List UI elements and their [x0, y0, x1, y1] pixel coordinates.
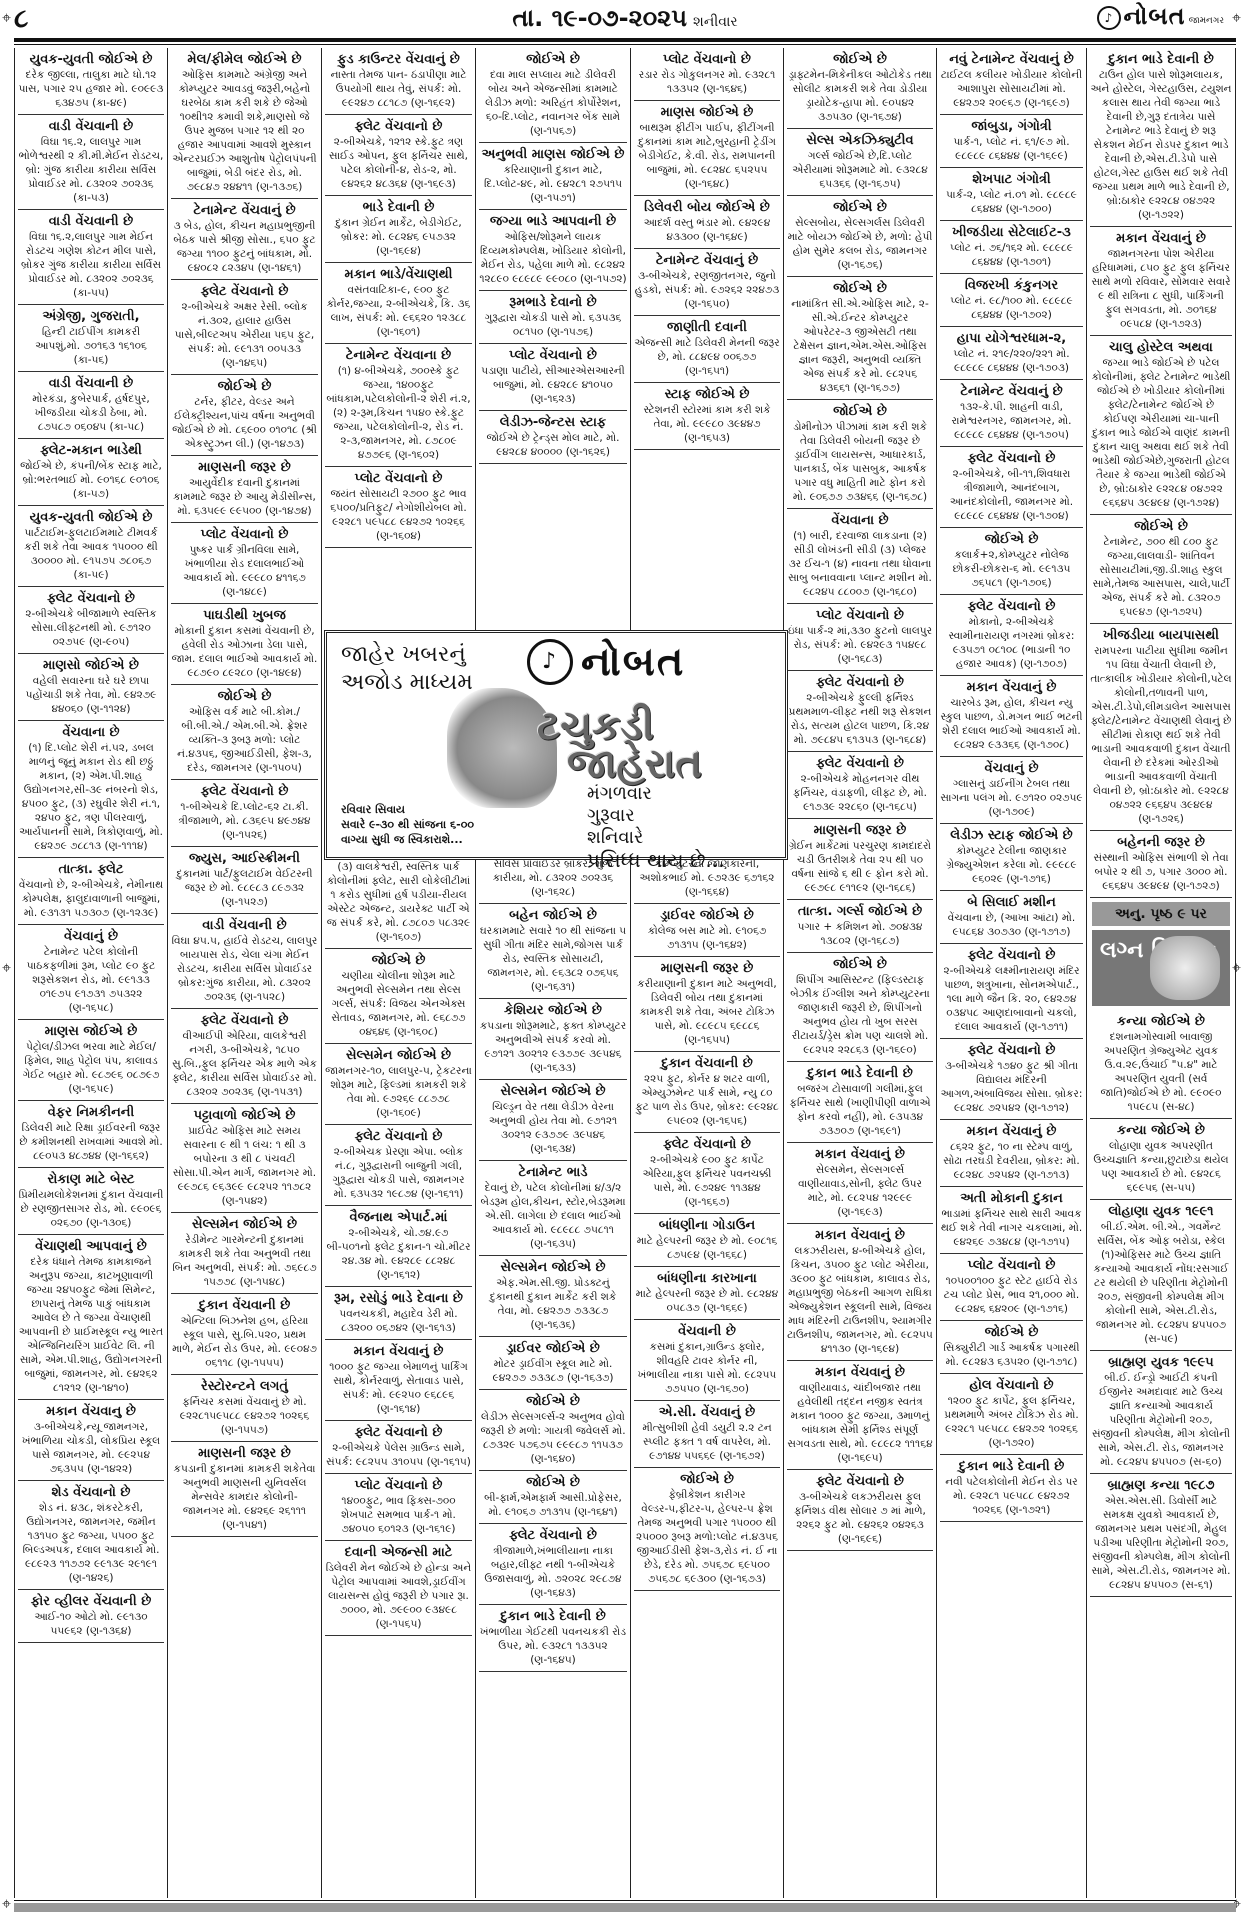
classified-ad: બ્રાહ્મણ કન્યા ૧૯૮૭એસ.એસ.સી. ડિવોર્સી મા… [1090, 1474, 1232, 1597]
ad-body: ત્રીજામાળે,ખંભાલીયાના નાકા બહાર,લીફ્ટ નથ… [479, 1544, 627, 1600]
classified-ad: સેલ્સમેન જોઈએ છેચિલ્ડ્રન વેર તથા લેડીઝ વ… [479, 1080, 627, 1161]
ad-title: ફ્લેટ વેંચવાનો છે [787, 755, 933, 772]
ad-body: પાર્ક-૨, પ્લોટ નં.૦૧ મો. ૯૮૯૮૯ ૮૬૪૪૪ (ણ-… [940, 188, 1083, 216]
classified-ad: માણસની જરૂર છેગ્રેઈન માર્કેટમાં પરચુરણ ક… [787, 819, 933, 900]
classified-ad: બાંધણીના ગોડાઉનમાટે હેલ્પરની જરૂર છે મો.… [634, 1214, 780, 1267]
page-header: ⌖ ૮ તા. ૧૯-૦૭-૨૦૨૫શનીવાર ♪ નોબત જામનગર ⌖ [0, 0, 1250, 40]
ad-title: બહેનની જરૂર છે [1090, 834, 1232, 851]
ad-title: ફ્લેટ વેંચવાનો છે [171, 283, 318, 300]
ad-body: ફેબ્રીકેશન કારીગર વેલ્ડર-૫,ફીટર-૫, હેલ્પ… [634, 1488, 780, 1586]
ad-body: પેટ્રોલ/ડીઝલ ભરવા માટે મેઈલ/ફિમેલ, શાહ પ… [18, 1040, 164, 1096]
ad-body: ૩-બીએચકે, રણજીતનગર, જુનો હુડકો, સંપર્ક: … [634, 269, 780, 311]
ad-title: બાંધણીના કારખાના [634, 1270, 780, 1287]
ad-body: રેડીમેન્ટ ગારમેન્ટની દુકાનમાં કામકરી શકે… [171, 1233, 318, 1289]
classified-ad: ફ્લેટ વેંચવાનો છે૨-બીએચકે પેલેસ ગ્રાઉન્ડ… [325, 1421, 472, 1474]
ad-title: જોઈએ છે [787, 403, 933, 420]
ad-title: વેંચાણથી આપવાનું છે [18, 1238, 164, 1255]
classified-ad: ચાલુ હોસ્ટેલ અથવાજગ્યા ભાડે જોઈએ છે પટેલ… [1090, 336, 1232, 515]
ad-body: ૨૨૫ ફુટ, કોર્નર ૪ શટર વાળી, એમ્યુઝમેન્ટ … [634, 1072, 780, 1128]
ad-body: ઓફિસ/શોરૂમને લાયક દિવ્યમકોમ્પલેક્ષ, ખોડિ… [479, 230, 627, 286]
ad-title: ફ્લેટ વેંચવાનો છે [171, 1012, 318, 1029]
ad-title: હાપા યોગેશ્વરધામ-૨, [940, 330, 1083, 347]
header-rule-thin [14, 44, 1236, 45]
ad-title: મકાન વેંચવાનું છે [787, 1364, 933, 1381]
ad-title: ફ્લેટ વેંચવાનો છે [325, 1128, 472, 1145]
ad-title: શેખપાટ ગંગોત્રી [940, 171, 1083, 188]
ad-title: મકાન ભાડે/વેંચાણથી [325, 266, 472, 283]
classified-ad: પ્લોટ વેંચવાનો છેપડાણા પાટીયે, સીઆરએસઆરન… [479, 344, 627, 411]
classified-ad: વેંચવાનું છેગ્લાસનું ડાઈનીંગ ટેબલ તથા સા… [940, 757, 1083, 824]
ad-title: વિજરખી કંકુનગર [940, 277, 1083, 294]
ad-title: જોઈએ છે [634, 1471, 780, 1488]
classified-ad: વિજરખી કંકુનગરપ્લોટ નં. ૯૮/૧૦૦ મો. ૯૮૯૮૯… [940, 274, 1083, 327]
classified-ad: બ્રાહ્મણ યુવક ૧૯૯૫બી.ઈ. ઈન્ડ્રો આઈટી કંપ… [1090, 1351, 1232, 1474]
ad-body: ૨-બીએચકે મોહનનગર વીથ ફર્નિચર, વંડાફળી, લ… [787, 772, 933, 814]
ad-title: જ્યુસ, આઈસ્ક્રીમની [171, 850, 318, 867]
ad-title: પ્લોટ વેંચવાનો છે [634, 51, 780, 68]
ad-title: રૂમ, રસોડું ભાડે દેવાના છે [325, 1290, 472, 1307]
ad-title: રોકાણ માટે બેસ્ટ [18, 1171, 164, 1188]
column-4: જોઈએ છેદવા માલ સપ્લાય માટે ડીલેવરી બોય અ… [475, 48, 630, 1898]
ad-body: ૨-બીએચકે, બી-૧૧,શિવધારા ત્રીજામાળે, આનંદ… [940, 467, 1083, 523]
logo-city: જામનગર [1189, 16, 1224, 26]
date-text: તા. ૧૯-૦૭-૨૦૨૫ [512, 4, 687, 32]
ad-body: પાર્ટટાઈમ-ફુલટાઈમમાટે ટીમવર્ક કરી શકે તે… [18, 526, 164, 582]
ad-body: મીત્સુબીશી હેવી ડયુટી ૨.૨ ટન સ્પ્લીટ ફક્… [634, 1421, 780, 1463]
ad-body: ચિલ્ડ્રન વેર તથા લેડીઝ વેરના અનુભવી હોય … [479, 1100, 627, 1156]
ad-body: કપડાની દુકાનમાં કામકરી શકેતેવા અનુભવી મા… [171, 1462, 318, 1532]
ad-body: પ્લોટ નં. ૯૮/૧૦૦ મો. ૯૮૯૮૯ ૮૬૪૪૪ (ણ-૧૭૦૨… [940, 294, 1083, 322]
classified-ad: ભાડે દેવાની છેદુકાન ગ્રેઈન માર્કેટ, બેડી… [325, 196, 472, 263]
classified-ad: જાંબુડા, ગંગોત્રીપાર્ક-૧, પ્લોટ નં. ૬૧/૯… [940, 115, 1083, 168]
classified-ad: જ્યુસ, આઈસ્ક્રીમનીદુકાનમાં પાર્ટ/ફુલટાઈમ… [171, 847, 318, 914]
promo-logo-text: નોબત [581, 639, 685, 685]
ad-title: માણસ જોઈએ છે [634, 104, 780, 121]
ad-body: કોલેજ બસ માટે મો. ૯૧૦૬૭ ૭૧૩૧૫ (ણ-૧૬૪૨) [634, 924, 780, 952]
ad-body: સેલ્સબોય, સેલ્સગર્લસ ડિલેવરી માટે બોયઝ જ… [787, 216, 933, 272]
ad-body: દશનામગોસ્વામી બાવાજી અપરણિત ગ્રેજ્યુએટ ય… [1090, 1030, 1232, 1114]
classified-ad: દુકાન ભાડે દેવાની છેનવી પટેલકોલોની મેઈન … [940, 1455, 1083, 1522]
classified-ad: મકાન વેંચવાનું છેજામનગરના પોશ એરીયા હરિધ… [1090, 227, 1232, 336]
ad-title: મેલ/ફીમેલ જોઈએ છે [171, 51, 318, 68]
ad-body: કરિયાણાની દુકાન માટે, દિ.પ્લોટ-૪૯, મો. ૯… [479, 163, 627, 205]
ad-body: જોઈએ છે, કંપની/બેંક સ્ટાફ માટે, બ્રો:ભરત… [18, 459, 164, 501]
classified-ad: પ્લોટ વેંચવાનો છે૧૦૫૦૦૧૦૦ ફુટ સ્ટેટ હાઈવ… [940, 1254, 1083, 1321]
ad-body: (૧) ૪-બીએચકે, ૭૦૦સ્કે ફુટ જગ્યા, ૧૪૦૦ફુટ… [325, 364, 472, 462]
ad-title: ફ્લેટ વેંચવાનો છે [325, 118, 472, 135]
classified-ad: માણસો જોઈએ છેવહેલી સવારના ઘરે ઘરે છાપા પ… [18, 654, 164, 721]
ad-title: વેંચવાની છે [634, 1323, 780, 1340]
ad-title: વેંચવાના છે [18, 724, 164, 741]
classified-ad: ફ્લેટ વેંચવાનો છે૧-બીએચકે દિ.પ્લોટ-૬૨ ટા… [171, 780, 318, 847]
ad-title: વેંચવાના છે [787, 512, 933, 529]
ad-body: દરેક જીલ્લા, તાલુકા માટે ધો.૧૨ પાસ, પગાર… [18, 68, 164, 110]
ad-title: ટેનામેન્ટ વેંચવાના છે [325, 347, 472, 364]
ad-title: તાત્કા. ફ્લેટ [18, 861, 164, 878]
promo-tagline-line-2: અજોડ માધ્યમ [341, 669, 473, 697]
ad-body: ૨-બીએચકે બીજામાળે સ્વસ્તિક સોસા.લીફ્ટનથી… [18, 607, 164, 649]
ad-title: ટેનામેન્ટ વેંચવાનું છે [634, 252, 780, 269]
classified-ad: પ્લોટ વેંચવાનો છેજયંત સોસાયટી ૨૭૦૦ ફુટ ભ… [325, 467, 472, 548]
ad-title: ટેનામેન્ટ વેંચવાનું છે [171, 202, 318, 219]
classified-ad: ફ્લેટ વેંચવાનો છે૨-બીએચકે ફુલ્લી ફર્નિશ્… [787, 671, 933, 752]
ad-body: પાર્ક-૧, પ્લોટ નં. ૬૧/૯૭ મો. ૯૮૯૮૯ ૮૬૪૪૪… [940, 135, 1083, 163]
promo-title-2: જાહેરાત [567, 741, 702, 787]
classified-ad: દુકાન ભાડે દેવાની છેટાઉન હોલ પાસે શોરૂમલ… [1090, 48, 1232, 227]
ad-body: નામાંકિત સી.એ.ઓફિસ માટે, ૨-સી.એ.ઈન્ટર કો… [787, 297, 933, 395]
classified-ad: જોઈએ છેસિક્યુરીટી ગાર્ડ આકર્ષક પગારથી મો… [940, 1321, 1083, 1374]
classified-ad: કેશિયર જોઈએ છેકપડાના શોરૂમમાટે, ફક્ત કોમ… [479, 999, 627, 1080]
ad-body: પવનચકકી, મહાદેવ ડેરી મો. ૮૩૨૦૦ ૦૬૭૪૨ (ણ-… [325, 1307, 472, 1335]
ad-title: જોઈએ છે [479, 51, 627, 68]
promo-days: મંગળવાર ગુરૂવાર શનિવારે પ્રસિધ્ધ થાય છે.… [587, 783, 725, 871]
ad-body: ભાડામાં ફર્નિચર સાથે સારી આવક થઈ શકે તેવ… [940, 1207, 1083, 1249]
ad-body: વસંતવાટિકા-૯, ૯૦૦ ફુટ કોર્નર,જગ્યા, ૨-બી… [325, 283, 472, 339]
column-2: મેલ/ફીમેલ જોઈએ છેઓફિસ કામમાટે અંગ્રેજી અ… [167, 48, 321, 1898]
ad-title: માણસની જરૂર છે [171, 1445, 318, 1462]
ad-title: ખીજડીયા બાયપાસથી [1090, 627, 1232, 644]
newspaper-logo: ♪ નોબત જામનગર [1097, 2, 1225, 30]
ad-title: વેંચવાનું છે [940, 760, 1083, 777]
ad-title: યુવક-યુવતી જોઈએ છે [18, 509, 164, 526]
ad-body: ફર્નિચર કસમાં વેંચવાનું છે મો. ૯૨૨૮૧૫૯૫૮… [171, 1395, 318, 1437]
column-1: યુવક-યુવતી જોઈએ છેદરેક જીલ્લા, તાલુકા મા… [14, 48, 167, 1898]
classified-ad: ફ્લેટ વેંચવાનો છે૩-બીએચકે લકઝરીયસ ફુલ ફર… [787, 1470, 933, 1551]
classified-ad: ફ્લેટ-મકાન ભાડેથીજોઈએ છે, કંપની/બેંક સ્ટ… [18, 439, 164, 506]
ad-body: રડાર રોડ ગોકુલનગર મો. ૯૩૨૮૧ ૧૩૩૫૨ (ણ-૧૬૪… [634, 68, 780, 96]
ad-body: ૨-બીએચકે, ૧૨૧૨ સ્કે.ફુટ ત્રણ સાઈડ ઓપન, ફ… [325, 135, 472, 191]
ad-title: વેંચવાનું છે [18, 928, 164, 945]
ad-title: દુકાન વેંચવાની છે [171, 1297, 318, 1314]
classified-ad: જોઈએ છેકલાર્ક+૨,કોમ્પ્યુટર નોલેજ છોકરી-છ… [940, 528, 1083, 595]
classified-ad: જોઈએ છેડ્રાફ્ટમેન-મિકેનીકલ ઓટોકેડ તથા સો… [787, 48, 933, 129]
ad-title: લેડીઝ-જેન્ટસ સ્ટાફ [479, 414, 627, 431]
column-3: ફુડ કાઉન્ટર વેંચવાનું છેનાસ્તા તેમજ પાન-… [321, 48, 475, 1898]
classified-promo-box: જાહેર ખબરનું અજોડ માધ્યમ ♪ નોબત ટચુકડી જ… [324, 630, 788, 860]
ad-title: જોઈએ છે [479, 1393, 627, 1410]
classified-ad: સેલ્સ એકઝિક્યુટીવગર્લ્સ જોઈએ છે,દિ.પ્લોટ… [787, 129, 933, 196]
ad-title: માણસની જરૂર છે [171, 459, 318, 476]
classified-ad: અંગ્રેજી, ગુજરાતી,હિન્દી ટાઈપીંગ કામકરી … [18, 305, 164, 372]
classified-ad: હોલ વેંચવાનો છે૧૨૦૦ ફુટ કાર્પેટ, ફુલ ફર્… [940, 1374, 1083, 1455]
column-8-ads: દુકાન ભાડે દેવાની છેટાઉન હોલ પાસે શોરૂમલ… [1090, 48, 1232, 898]
ad-title: તાત્કા. ગર્લ્સ જોઈએ છે [787, 903, 933, 920]
ad-title: યુવક-યુવતી જોઈએ છે [18, 51, 164, 68]
ad-title: ડ્રાઈવર જોઈએ છે [479, 1340, 627, 1357]
header-rule [14, 38, 1236, 42]
classified-ad: માણસ જોઈએ છેપેટ્રોલ/ડીઝલ ભરવા માટે મેઈલ/… [18, 1020, 164, 1101]
ad-body: આદર્શ વસ્તુ ભંડાર મો. ૯૪૨૯૪ ૪૩૩૦૦ (ણ-૧૬૪… [634, 216, 780, 244]
ad-title: ફ્લેટ વેંચવાનો છે [18, 590, 164, 607]
classified-ad: બહેનની જરૂર છેસંસ્થાની ઓફિસ સંભાળી શે તે… [1090, 831, 1232, 898]
ad-body: વિઘા ૧૬.૨,લાલપુર ગામ મેઈન રોડટચ ગણેશ કોટ… [18, 230, 164, 300]
classified-ad: વેંચવાના છે(૧) બારી, દરવાજા લાકડાના (૨) … [787, 509, 933, 604]
ad-body: હિન્દી ટાઈપીંગ કામકરી આપશું,મો. ૭૦૧૬૩ ૧૬… [18, 325, 164, 367]
promo-tagline: જાહેર ખબરનું અજોડ માધ્યમ [341, 641, 473, 697]
ad-body: કરીયાણાની દુકાન માટે અનુભવી, ડિલેવરી બોય… [634, 977, 780, 1047]
classified-ad: મકાન વેંચવાનું છેવાણીયાવાડ, ચાંદીબજાર તથ… [787, 1361, 933, 1470]
ad-title: ફ્લેટ વેંચવાનો છે [325, 1424, 472, 1441]
classified-ad: ટેનામેન્ટ વેંચવાનું છે૩ બેડ, હોલ, કીચન મ… [171, 199, 318, 280]
ad-body: ચારબેડ રૂમ, હોલ, કીચન ન્યુ સ્કુલ પાછળ, ડ… [940, 696, 1083, 752]
ad-body: ટાઉન હોલ પાસે શોરૂમલાયક, અને હોસ્ટેલ, ગે… [1090, 68, 1232, 222]
ad-body: વેંચવાનો છે, ૨-બીએચકે, નેમીનાથ કોમ્પલેક્… [18, 878, 164, 920]
ad-body: ૧૦૦૦ ફુટ જગ્યા બેમાળનું પાર્કિંગ સાથે, ક… [325, 1360, 472, 1416]
ad-title: ફ્લેટ વેંચવાનો છે [940, 598, 1083, 615]
classified-ad: ફ્લેટ વેંચવાનો છે૩-બીએચકે ૧૭૪૦ ફુટ શ્રી … [940, 1039, 1083, 1120]
ad-title: ફ્લેટ વેંચવાનો છે [479, 1527, 627, 1544]
classified-ad: તાત્કા. ફ્લેટવેંચવાનો છે, ૨-બીએચકે, નેમી… [18, 858, 164, 925]
ad-title: દુકાન ભાડે દેવાની છે [787, 1065, 933, 1082]
ad-body: મોકાની દુકાન કસમાં વેંચવાની છે, હવેલી રો… [171, 624, 318, 680]
ad-title: ફુડ કાઉન્ટર વેંચવાનું છે [325, 51, 472, 68]
classified-ad: બે સિલાઈ મશીનવેંચવાના છે, (આખા આંટા) મો.… [940, 891, 1083, 944]
ad-body: ૨-બીએચકે, ચો.૭૪.૯૭ બી-૫૦૧નો ફ્લેટ દુકાન-… [325, 1226, 472, 1282]
ad-body: ૩-બીએચકે,ન્યૂ જામનગર, ખંભાળિયા ચોકડી, લો… [18, 1420, 164, 1476]
promo-timing-note: રવિવાર સિવાય સવારે ૯-૩૦ થી સાંજના ૬-૦૦ વ… [341, 802, 474, 847]
ad-body: માટે હેલ્પરની જરૂર છે મો. ૯૦૮૧૬ ૮૭૫૯૪ (ણ… [634, 1234, 780, 1262]
ad-body: કપડાના શોરૂમમાટે, ફક્ત કોમ્પ્યુટર અનુભવી… [479, 1019, 627, 1075]
ad-body: ટેનામેન્ટ, ૭૦૦ થી ૮૦૦ ફુટ જગ્યા,લાલવાડી-… [1090, 535, 1232, 619]
ad-title: અતી મોકાની દુકાન [940, 1190, 1083, 1207]
couple-illustration-icon [1150, 936, 1220, 1000]
classified-ad: માણસની જરૂર છેઆયુર્વેદીક દવાની દુકાનમાં … [171, 456, 318, 523]
ad-body: ૨-બીએચકે અક્ષર રેસી. બ્લોક નં.૩૦૨, હાલાર… [171, 300, 318, 370]
classified-ad: જોઈએ છેડોમીનોઝ પીઝામાં કામ કરી શકે તેવા … [787, 400, 933, 509]
ad-title: ફ્લેટ વેંચવાનો છે [171, 783, 318, 800]
ad-body: આઈ-૧૦ ઓટો મો. ૯૯૧૩૦ ૫૫૯૬૨ (ણ-૧૩૬૪) [18, 1610, 164, 1638]
ad-body: જામનગરના પોશ એરીયા હરિધામમાં, ૮૫૦ ફુટ ફુ… [1090, 247, 1232, 331]
classified-ad: રૂમ, રસોડું ભાડે દેવાના છેપવનચકકી, મહાદે… [325, 1287, 472, 1340]
classified-ad: દવાની એજન્સી માટેડિલેવરી મેન જોઈએ છે હોન… [325, 1541, 472, 1636]
ad-title: દુકાન વેંચવાની છે [634, 1055, 780, 1072]
ad-body: પુષ્કર પાર્ક ગ્રીનવિલા સામે, ખંભાળીયા રો… [171, 543, 318, 599]
ad-body: દુકાન ગ્રેઈન માર્કેટ, બેડીગેઈટ, બ્રોકર: … [325, 216, 472, 258]
promo-logo: ♪ નોબત [527, 639, 685, 685]
ad-body: ૩-બીએચકે લકઝરીયસ ફુલ ફર્નિશડ વીથ સોલાર ૭… [787, 1490, 933, 1546]
ad-title: ટેનામેન્ટ ભાડે [479, 1164, 627, 1181]
ad-title: ફ્લેટ-મકાન ભાડેથી [18, 442, 164, 459]
ad-body: નવી પટેલકોલોની મેઈન રોડ પર મો. ૯૨૨૮૧ ૫૯૫… [940, 1475, 1083, 1517]
classified-ad: વાડી વેંચવાની છેમોરકંડા, કુબેરપાર્ક, હર્… [18, 372, 164, 439]
classified-ad: લેડીઝ સ્ટાફ જોઈએ છેકોમ્પ્યુટર ટેલીના જાણ… [940, 824, 1083, 891]
classified-ad: દુકાન વેંચવાની છેએન્ટિલા બિઝનેશ હબ, હરિય… [171, 1294, 318, 1375]
ad-body: ગ્લાસનું ડાઈનીંગ ટેબલ તથા સાગના પલંગ મો.… [940, 777, 1083, 819]
ad-title: ફ્લેટ વેંચવાનો છે [940, 450, 1083, 467]
classified-ad: ખીજડીયા સેટેલાઈટ-૩પ્લોટ નં. ૭૬/૧૬૨ મો. ૯… [940, 221, 1083, 274]
ad-title: ફોર વ્હીલર વેંચવાની છે [18, 1593, 164, 1610]
ad-title: પ્લોટ વેંચવાનો છે [479, 347, 627, 364]
ad-body: જગ્યા ભાડે જોઈએ છે પટેલ કોલોનીમાં, ફ્લેટ… [1090, 356, 1232, 510]
column-6: જોઈએ છેડ્રાફ્ટમેન-મિકેનીકલ ઓટોકેડ તથા સો… [783, 48, 936, 1898]
classified-ad: રેસ્ટોરન્ટને લગતુંફર્નિચર કસમાં વેંચવાનુ… [171, 1375, 318, 1442]
classified-ad: લેડીઝ-જેન્ટસ સ્ટાફજોઈએ છે ટ્રેન્ડ્સ મોલ … [479, 411, 627, 464]
classified-ad: મકાન વેંચવાનું છેલકઝરીયસ, ૪-બીએચકે હોલ, … [787, 1224, 933, 1361]
ad-body: ડોમીનોઝ પીઝામાં કામ કરી શકે તેવા ડિલેવરી… [787, 420, 933, 504]
classified-ad: વેંચવાનું છેટેનામેન્ટ પટેલ કોલોની પાઠકફળ… [18, 925, 164, 1020]
ad-title: પ્લોટ વેંચવાનો છે [325, 1477, 472, 1494]
ad-body: વેંચવાના છે, (આખા આંટા) મો. ૯૫૮૬૪ ૩૦૭૩૦ … [940, 911, 1083, 939]
ad-body: ૨-બીએચકે ૯૦૦ ફુટ કાર્પેટ એરિયા,ફુલ ફર્નિ… [634, 1153, 780, 1209]
ad-body: લોહાણા યુવક અપરણીત ઉચ્ચજ્ઞાતિ કન્યા,છુટા… [1090, 1139, 1232, 1195]
ad-title: હોલ વેંચવાનો છે [940, 1377, 1083, 1394]
ad-title: માણસ જોઈએ છે [18, 1023, 164, 1040]
ad-title: ટેનામેન્ટ વેંચવાનું છે [940, 383, 1083, 400]
classified-ad: કન્યા જોઈએ છેદશનામગોસ્વામી બાવાજી અપરણિત… [1090, 1010, 1232, 1119]
classified-ad: ફ્લેટ વેંચવાનો છેમોકાનો, ૨-બીએચકે સ્વામી… [940, 595, 1083, 676]
classified-ad: સ્ટાફ જોઈએ છેસ્ટેશનરી સ્ટોરમાં કામ કરી શ… [634, 383, 780, 450]
ad-title: વાડી વેંચવાની છે [18, 375, 164, 392]
matrimonial-ads: કન્યા જોઈએ છેદશનામગોસ્વામી બાવાજી અપરણિત… [1090, 1010, 1232, 1597]
classified-ad: હાપા યોગેશ્વરધામ-૨,પ્લોટ નં. ૨૧૯/૨૨૦/૨૨૧… [940, 327, 1083, 380]
ad-body: (૧) દિ.પ્લોટ શેરી નં.૫૨, ડબલ માળનું જૂનુ… [18, 741, 164, 853]
ad-body: સ્ટેશનરી સ્ટોરમાં કામ કરી શકે તેવા, મો. … [634, 403, 780, 445]
ad-title: મકાન વેંચવાનું છે [940, 1123, 1083, 1140]
ad-title: માણસની જરૂર છે [634, 960, 780, 977]
ad-title: કન્યા જોઈએ છે [1090, 1013, 1232, 1030]
classified-ad: પાઘડીથી ખુબજમોકાની દુકાન કસમાં વેંચવાની … [171, 604, 318, 685]
promo-day-1: મંગળવાર [587, 783, 725, 805]
classified-ad: રૂમભાડે દેવાનો છેગુરૂદ્વારા ચોકડી પાસે મ… [479, 291, 627, 344]
classified-ad: પ્લોટ વેંચવાનો છેપુષ્કર પાર્ક ગ્રીનવિલા … [171, 523, 318, 604]
registration-mark-icon: ⌖ [2, 960, 18, 976]
ad-body: ૧૦૫૦૦૧૦૦ ફુટ સ્ટેટ હાઈવે રોડ ટચ પ્લોટ પ્… [940, 1274, 1083, 1316]
classified-ad: સેલ્સમેન જોઈએ છેજામનગર-૧૦, લાલપુર-૫, ટ્ર… [325, 1044, 472, 1125]
matrimonial-section-banner: લગ્ન વિષયક [1092, 930, 1230, 1006]
classified-ad: જોઈએ છેબી-ફાર્મ,એમફાર્મ આસી.પ્રોફેસર, મો… [479, 1471, 627, 1524]
promo-note-3: વાગ્યા સુધી જ સ્વિકારાશે... [341, 832, 474, 847]
classified-ad: ફ્લેટ વેંચવાનો છે૨-બીએચકે, બી-૧૧,શિવધારા… [940, 447, 1083, 528]
ad-body: ડિલેવરી મેન જોઈએ છે હોન્ડા અને પેટ્રોલ આ… [325, 1561, 472, 1631]
classified-ad: મકાન વેંચવાનું છે૮૬૨૨ ફુટ, ૧૦ ના સ્ટેમ્પ… [940, 1120, 1083, 1187]
promo-note-2: સવારે ૯-૩૦ થી સાંજના ૬-૦૦ [341, 817, 474, 832]
classified-ad: પ્લોટ વેંચવાનો છેરડાર રોડ ગોકુલનગર મો. ૯… [634, 48, 780, 101]
column-7: નવું ટેનામેન્ટ વેંચવાનું છેટાઈટલ કલીયર ખ… [936, 48, 1086, 1898]
classifieds-columns: યુવક-યુવતી જોઈએ છેદરેક જીલ્લા, તાલુકા મા… [14, 48, 1236, 1898]
classified-ad: વેફર નિમકીનનીડિલેવરી માટે રિક્ષા ડ્રાઈવર… [18, 1101, 164, 1168]
registration-mark-icon: ⌖ [1232, 10, 1248, 26]
classified-ad: શેખપાટ ગંગોત્રીપાર્ક-૨, પ્લોટ નં.૦૧ મો. … [940, 168, 1083, 221]
classified-ad: જોઈએ છેફેબ્રીકેશન કારીગર વેલ્ડર-૫,ફીટર-૫… [634, 1468, 780, 1591]
classified-ad: જોઈએ છેટેનામેન્ટ, ૭૦૦ થી ૮૦૦ ફુટ જગ્યા,લ… [1090, 515, 1232, 624]
ad-body: સંસ્થાની ઓફિસ સંભાળી શે તેવા બપોર ૨ થી ૭… [1090, 851, 1232, 893]
ad-body: મોકાનો, ૨-બીએચકે સ્વામીનારાયણ નગરમાં બ્ર… [940, 615, 1083, 671]
classified-ad: પ્લોટ વેંચવાનો છે૧૪૦૦ફુટ, ભાવ ફિક્સ-૭૦૦ … [325, 1474, 472, 1541]
classified-ad: વાડી વેંચવાની છેવિઘા ૪૫.૫, હાઈવે રોડટચ, … [171, 914, 318, 1009]
ad-body: ઇંધા પાર્ક-૨ માં,૩૩૦ ફુટનો લાલપુર રોડ, સ… [787, 624, 933, 666]
promo-note-1: રવિવાર સિવાય [341, 802, 474, 817]
ad-body: વિઘા ૧૬.૨, લાલપુર ગામ ભોળેશ્વરથી ૨ કી.મી… [18, 135, 164, 205]
ad-title: ડિલેવરી બોય જોઈએ છે [634, 199, 780, 216]
ad-body: વહેલી સવારના ઘરે ઘરે છાપા પહોંચાડી શકે ત… [18, 674, 164, 716]
ad-title: જોઈએ છે [787, 280, 933, 297]
ad-body: પ્લોટ નં. ૭૬/૧૬૨ મો. ૯૮૯૮૯ ૮૬૪૪૪ (ણ-૧૭૦૧… [940, 241, 1083, 269]
ad-body: ગુરૂદ્વારા ચોકડી પાસે મો. ૬૩૫૩૬ ૦૮૧૫૦ (ણ… [479, 311, 627, 339]
ad-title: જોઈએ છે [940, 531, 1083, 548]
classified-ad: રોકાણ માટે બેસ્ટપ્રિમીયમલોકેશનમાં દુકાન … [18, 1168, 164, 1235]
classified-ad: મકાન વેંચવાનુ છે૩-બીએચકે,ન્યૂ જામનગર, ખં… [18, 1400, 164, 1481]
ad-body: એજન્સી માટે ડિલેવરી મેનની જરૂર છે, મો. ૮… [634, 336, 780, 378]
ad-title: બ્રાહ્મણ યુવક ૧૯૯૫ [1090, 1354, 1232, 1371]
ad-body: ગર્લ્સ જોઈએ છે,દિ.પ્લોટ એરીયામાં શોરૂમમા… [787, 149, 933, 191]
ad-body: ગ્રેઈન માર્કેટમાં પરચુરણ કામદાદરો ચડી ઉત… [787, 839, 933, 895]
ad-title: શેડ વેંચવાનો છે [18, 1484, 164, 1501]
ad-title: માણસની જરૂર છે [787, 822, 933, 839]
ad-title: ખીજડીયા સેટેલાઈટ-૩ [940, 224, 1083, 241]
ad-body: રામપરના પાટીયા સુધીમા જમીન ૧૫ વિઘા વેંચા… [1090, 644, 1232, 826]
classified-ad: લોહાણા યુવક ૧૯૯૧બી.ઈ.એમ. બી.એ., ગવર્મેન્… [1090, 1200, 1232, 1351]
ad-title: અનુભવી માણસ જોઈએ છે [479, 146, 627, 163]
ad-body: દેવાનું છે, પટેલ કોલોનીમાં ૪/૩/૨ બેડરૂમ … [479, 1181, 627, 1251]
column-5: પ્લોટ વેંચવાનો છેરડાર રોડ ગોકુલનગર મો. ૯… [630, 48, 783, 1898]
ad-body: ઘરકામમાટે સવારે ૧૦ થી સાંજના ૫ સુધી ગીતા… [479, 924, 627, 994]
ad-body: ૧૩૨-કે.પી. શાહની વાડી, રામેશ્વરનગર, જામન… [940, 400, 1083, 442]
classified-ad: એ.સી. વેંચવાનું છેમીત્સુબીશી હેવી ડયુટી … [634, 1401, 780, 1468]
ad-body: ૨-બીએચકે લક્ષ્મીનારાયણ મંદિર પાછળ, શત્રુ… [940, 964, 1083, 1034]
ad-title: જોઈએ છે [940, 1324, 1083, 1341]
ad-body: માટે હેલ્પરની જરૂર છે મો. ૯૮૨૪૪ ૦૫૮૩૭ (ણ… [634, 1287, 780, 1315]
ad-body: મોરકંડા, કુબેરપાર્ક, હર્ષદપુર, ખીજડીયા ચ… [18, 392, 164, 434]
classified-ad: ફ્લેટ વેંચવાનો છે૨-બીએચકે ૯૦૦ ફુટ કાર્પે… [634, 1133, 780, 1214]
column-8: દુકાન ભાડે દેવાની છેટાઉન હોલ પાસે શોરૂમલ… [1086, 48, 1236, 1898]
classified-ad: ડિલેવરી બોય જોઈએ છેઆદર્શ વસ્તુ ભંડાર મો.… [634, 196, 780, 249]
ad-title: નવું ટેનામેન્ટ વેંચવાનું છે [940, 51, 1083, 68]
ad-title: પ્લોટ વેંચવાનો છે [171, 526, 318, 543]
ad-title: સેલ્સમેન જોઈએ છે [325, 1047, 472, 1064]
classified-ad: ડ્રાઈવર જોઈએ છેકોલેજ બસ માટે મો. ૯૧૦૬૭ ૭… [634, 904, 780, 957]
ad-body: વાણીયાવાડ, ચાંદીબજાર તથા હવેલીથી તદ્દન ન… [787, 1381, 933, 1465]
ad-body: ૩ બેડ, હોલ, કીચન મહાપ્રભુજીની બેઠક પાસે … [171, 219, 318, 275]
ad-body: (૧) બારી, દરવાજા લાકડાના (૨) સીડી લોખંડન… [787, 529, 933, 599]
ad-body: બી.ઈ.એમ. બી.એ., ગવર્મેન્ટ સર્વિસ, બેંક ઓ… [1090, 1220, 1232, 1346]
ad-body: દવા માલ સપ્લાય માટે ડીલેવરી બોય અને એજન્… [479, 68, 627, 138]
classified-ad: મકાન વેંચવાનું છેસેલ્સમેન, સેલ્સગર્લ્સ વ… [787, 1143, 933, 1224]
ad-body: શિપીંગ આસિસ્ટન્ટ (ફિલ્ડસ્ટાફ બેઝીક ઈંગ્લ… [787, 973, 933, 1057]
footer-rule [14, 1900, 1236, 1901]
classified-ad: માણસની જરૂર છેકરીયાણાની દુકાન માટે અનુભવ… [634, 957, 780, 1052]
classified-ad: જોઈએ છેશિપીંગ આસિસ્ટન્ટ (ફિલ્ડસ્ટાફ બેઝી… [787, 953, 933, 1062]
classified-ad: શેડ વેંચવાનો છેશેડ નં. ૪૩૮, શંકરટેકરી, ઉ… [18, 1481, 164, 1590]
classified-ad: વેંચવાની છેકસમાં દુકાન,ગ્રાઉન્ડ ફ્લોર, શ… [634, 1320, 780, 1401]
classified-ad: ફ્લેટ વેંચવાનો છે૨-બીએચક પ્રેરણા એપા. બ્… [325, 1125, 472, 1206]
ad-title: એ.સી. વેંચવાનું છે [634, 1404, 780, 1421]
ad-title: સ્ટાફ જોઈએ છે [634, 386, 780, 403]
classified-ad: જોઈએ છેચણીયા ચોલીના શોરૂમ માટે અનુભવી સે… [325, 949, 472, 1044]
ad-body: ડિલેવરી માટે રિક્ષા ડ્રાઈવરની જરૂર છે કમ… [18, 1121, 164, 1163]
ad-title: જોઈએ છે [171, 378, 318, 395]
promo-tagline-line-1: જાહેર ખબરનું [341, 641, 473, 669]
ad-body: જોઈએ છે ટ્રેન્ડ્સ મોલ માટે, મો. ૯૪૨૮૪ ૪૦… [479, 431, 627, 459]
classified-ad: મેલ/ફીમેલ જોઈએ છેઓફિસ કામમાટે અંગ્રેજી અ… [171, 48, 318, 199]
registration-mark-icon: ⌖ [1232, 960, 1248, 976]
classified-ad: ફોર વ્હીલર વેંચવાની છેઆઈ-૧૦ ઓટો મો. ૯૯૧૩… [18, 1590, 164, 1643]
ad-body: એન્ટિલા બિઝનેશ હબ, હરિયા સ્કૂલ પાસે, સુ.… [171, 1314, 318, 1370]
classified-ad: યુવક-યુવતી જોઈએ છેદરેક જીલ્લા, તાલુકા મા… [18, 48, 164, 115]
classified-ad: માણસની જરૂર છેકપડાની દુકાનમાં કામકરી શકે… [171, 1442, 318, 1537]
ad-body: નાસ્તા તેમજ પાન- ઠંડાપીણા માટે ઉપયોગી થા… [325, 68, 472, 110]
ad-body: વિઘા ૪૫.૫, હાઈવે રોડટચ, લાલપુર બાયપાસ રો… [171, 934, 318, 1004]
ad-title: ભાડે દેવાની છે [325, 199, 472, 216]
ad-body: એસ.એસ.સી. ડિવોર્સી માટે સમકક્ષ યુવકો આવક… [1090, 1494, 1232, 1592]
classified-ad: ટેનામેન્ટ વેંચવાનું છે૩-બીએચકે, રણજીતનગર… [634, 249, 780, 316]
classified-ad: વેંચાણથી આપવાનું છેદરેક ધંધાને તેમજ કામક… [18, 1235, 164, 1400]
ad-title: જોઈએ છે [787, 956, 933, 973]
classified-ad: ફ્લેટ વેંચવાનો છે૨-બીએચકે, ૧૨૧૨ સ્કે.ફુટ… [325, 115, 472, 196]
classified-ad: દુકાન ભાડે દેવાની છેખંભાળીયા ગેઈટથી પવનચ… [479, 1605, 627, 1672]
ad-body: પ્રિમીયમલોકેશનમાં દુકાન વેંચવાની છે રણજી… [18, 1188, 164, 1230]
ad-body: બી-ફાર્મ,એમફાર્મ આસી.પ્રોફેસર, મો. ૯૧૦૬૭… [479, 1491, 627, 1519]
ad-title: બહેન જોઈએ છે [479, 907, 627, 924]
